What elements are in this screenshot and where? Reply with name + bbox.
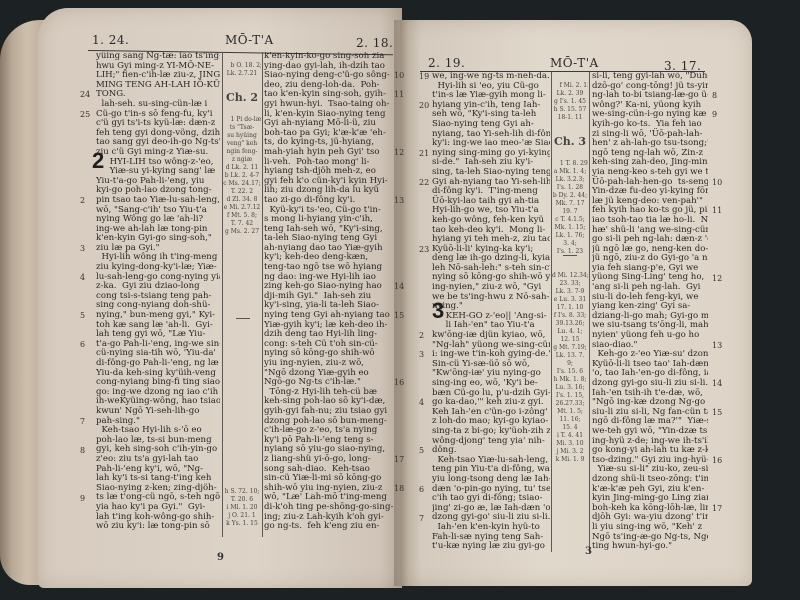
verse-number: 6 — [419, 485, 424, 494]
text-line: go ng-ts. feh k'eng ziu en- — [264, 522, 394, 532]
verse-number: 7 — [80, 417, 85, 426]
verse-number: 9 — [712, 110, 717, 119]
right-text-column-2: si-li, teng gyi-lah wō, "Duh-dzō-go' con… — [592, 72, 708, 552]
verse-number: 20 — [419, 101, 429, 110]
verse-number: 18 — [394, 484, 404, 493]
column-divider — [589, 72, 590, 552]
chapter-label: Ch. 2 — [223, 90, 261, 106]
page-number: 9 — [217, 552, 224, 563]
verse-number: 5 — [80, 311, 85, 320]
verse-number: 2 — [80, 196, 85, 205]
verse-number: 21 — [419, 149, 429, 158]
left-cross-references-bottom: h S. 72. 10; T. 20. 6 i Ml. 1. 20 j O. 2… — [223, 488, 261, 538]
verse-number: 17 — [712, 504, 722, 513]
verse-number: 16 — [394, 378, 404, 387]
verse-number: 14 — [712, 379, 722, 388]
verse-number: 9 — [80, 494, 85, 503]
chapter-label: Ch. 3 — [552, 134, 588, 150]
verse-number: 3 — [80, 244, 85, 253]
verse-number: 13 — [394, 196, 404, 205]
page-number: 3 — [585, 546, 592, 557]
right-text-column-1: we, ing-we ng-ts m-neh-da." Hyi-lih si '… — [432, 72, 550, 552]
verse-number: 23 — [419, 245, 429, 254]
verse-number: 14 — [394, 282, 404, 291]
right-cross-references-lower: d Mi. 12.34; 23. 33; Lk. 3. 7-9 e Lu. 3.… — [552, 272, 588, 547]
verse-number: 5 — [419, 446, 424, 455]
separator-dash — [236, 318, 250, 319]
left-header-title: MŌ-T'A — [225, 33, 274, 47]
verse-number: 2 — [419, 331, 424, 340]
verse-number: 25 — [80, 110, 90, 119]
verse-number: 8 — [80, 446, 85, 455]
verse-number: 15 — [394, 311, 404, 320]
verse-number: 4 — [80, 273, 85, 282]
verse-number: 4 — [419, 398, 424, 407]
text-line: t'u-kæ nying læ ziu gyi-go — [432, 542, 550, 552]
verse-number: 10 — [394, 71, 404, 80]
verse-number: 24 — [80, 90, 90, 99]
verse-number: 13 — [712, 341, 722, 350]
separator-dash — [563, 255, 577, 256]
verse-number: 7 — [419, 514, 424, 523]
book-gutter — [394, 20, 408, 586]
column-divider — [262, 52, 263, 537]
verse-number: 11 — [712, 206, 722, 215]
verse-number: 16 — [712, 456, 722, 465]
verse-number: 15 — [712, 408, 722, 417]
left-header-ref-start: 1. 24. — [92, 33, 129, 47]
left-cross-references: b O. 18. 2; Lk. 2.7.21 Ch. 2 1 Pi do-læ … — [223, 54, 261, 534]
verse-number: 22 — [419, 178, 429, 187]
open-book: 1. 24. MŌ-T'A 2. 18. 2 yüing sang Ng-tæ:… — [0, 0, 800, 600]
verse-number: 19 — [419, 72, 429, 81]
left-text-column-1: yüing sang Ng-tæ: iao ts'ing-hwu Gyi min… — [96, 52, 220, 532]
verse-number: 12 — [394, 148, 404, 157]
verse-number: 11 — [394, 90, 404, 99]
text-line: wō ziu ky'i: læ tong-pin sō — [96, 522, 220, 532]
verse-number: 12 — [712, 274, 722, 283]
verse-number: 3 — [419, 350, 424, 359]
verse-number: 17 — [394, 455, 404, 464]
left-text-column-2: k'en-kyin-ko-go sing-soh ziaying-dao gyi… — [264, 52, 394, 532]
verse-number: 8 — [712, 91, 717, 100]
right-header-ref-start: 2. 19. — [428, 56, 465, 70]
text-line: ting hwun-hyi-go." — [592, 542, 708, 552]
left-header-ref-end: 2. 18. — [356, 36, 393, 50]
verse-number: 10 — [712, 178, 722, 187]
right-header-title: MŌ-T'A — [550, 56, 599, 70]
verse-number: 6 — [80, 340, 85, 349]
